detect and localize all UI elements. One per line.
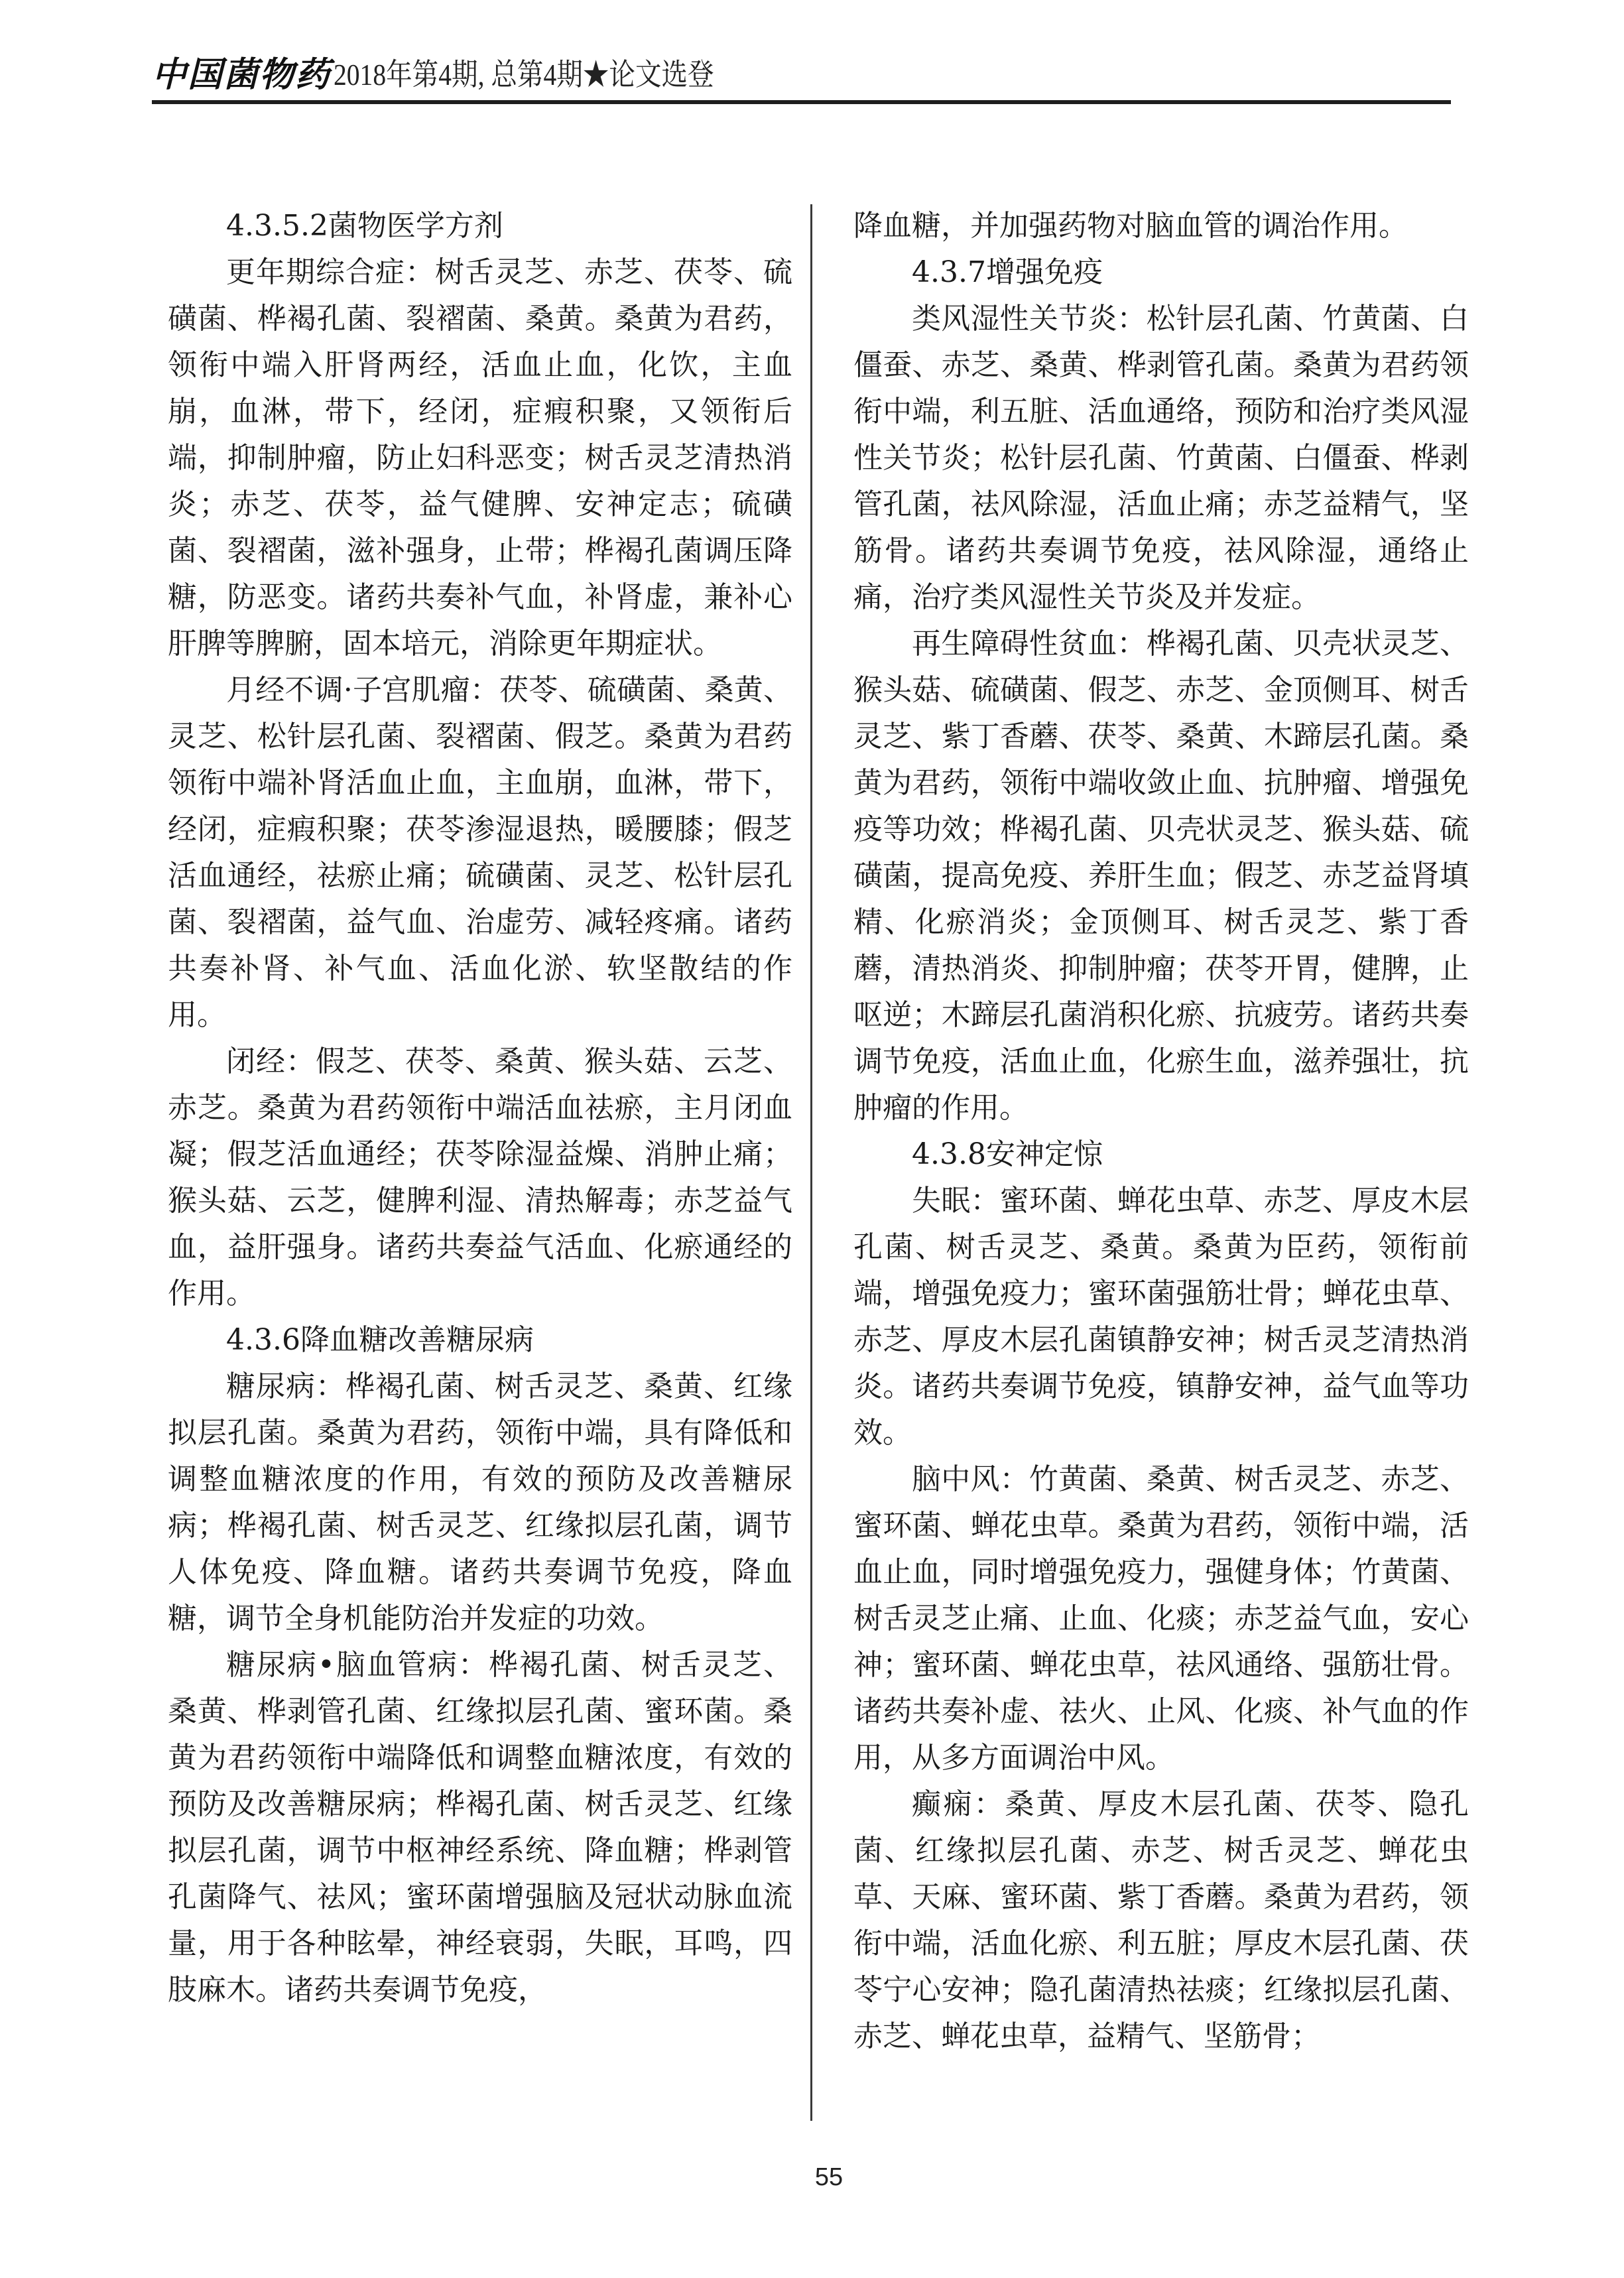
left-column: 4.3.5.2菌物医学方剂 更年期综合症：树舌灵芝、赤芝、茯苓、硫磺菌、桦褐孔菌…: [168, 203, 792, 2013]
paragraph-menopause: 更年期综合症：树舌灵芝、赤芝、茯苓、硫磺菌、桦褐孔菌、裂褶菌、桑黄。桑黄为君药，…: [168, 249, 792, 667]
paragraph-amenorrhea: 闭经：假芝、茯苓、桑黄、猴头菇、云芝、赤芝。桑黄为君药领衔中端活血祛瘀，主月闭血…: [168, 1039, 792, 1317]
paragraph-stroke: 脑中风：竹黄菌、桑黄、树舌灵芝、赤芝、蜜环菌、蝉花虫草。桑黄为君药，领衔中端，活…: [853, 1456, 1469, 1781]
paragraph-insomnia: 失眠：蜜环菌、蝉花虫草、赤芝、厚皮木层孔菌、树舌灵芝、桑黄。桑黄为臣药，领衔前端…: [853, 1178, 1469, 1456]
paragraph-diabetes: 糖尿病：桦褐孔菌、树舌灵芝、桑黄、红缘拟层孔菌。桑黄为君药，领衔中端，具有降低和…: [168, 1363, 792, 1642]
section-heading-4-3-6: 4.3.6降血糖改善糖尿病: [168, 1317, 792, 1363]
journal-logo: 中国菌物药: [152, 54, 331, 95]
paragraph-rheumatoid-arthritis: 类风湿性关节炎：松针层孔菌、竹黄菌、白僵蚕、赤芝、桑黄、桦剥管孔菌。桑黄为君药领…: [853, 296, 1469, 621]
issue-info: 2018年第4期, 总第4期★论文选登: [334, 54, 714, 95]
header-rule: [152, 100, 1451, 104]
right-column: 降血糖，并加强药物对脑血管的调治作用。 4.3.7增强免疫 类风湿性关节炎：松针…: [853, 203, 1469, 2060]
paragraph-continued: 降血糖，并加强药物对脑血管的调治作用。: [853, 203, 1469, 249]
section-heading-4-3-5-2: 4.3.5.2菌物医学方剂: [168, 203, 792, 249]
page-number: 55: [796, 2163, 862, 2192]
section-heading-4-3-8: 4.3.8安神定惊: [853, 1131, 1469, 1178]
paragraph-menstrual-fibroids: 月经不调·子宫肌瘤：茯苓、硫磺菌、桑黄、灵芝、松针层孔菌、裂褶菌、假芝。桑黄为君…: [168, 667, 792, 1039]
section-heading-4-3-7: 4.3.7增强免疫: [853, 249, 1469, 296]
paragraph-aplastic-anemia: 再生障碍性贫血：桦褐孔菌、贝壳状灵芝、猴头菇、硫磺菌、假芝、赤芝、金顶侧耳、树舌…: [853, 621, 1469, 1131]
column-divider: [810, 204, 812, 2121]
paragraph-diabetes-cerebrovascular: 糖尿病•脑血管病：桦褐孔菌、树舌灵芝、桑黄、桦剥管孔菌、红缘拟层孔菌、蜜环菌。桑…: [168, 1642, 792, 2013]
paragraph-epilepsy: 癫痫：桑黄、厚皮木层孔菌、茯苓、隐孔菌、红缘拟层孔菌、赤芝、树舌灵芝、蝉花虫草、…: [853, 1781, 1469, 2060]
